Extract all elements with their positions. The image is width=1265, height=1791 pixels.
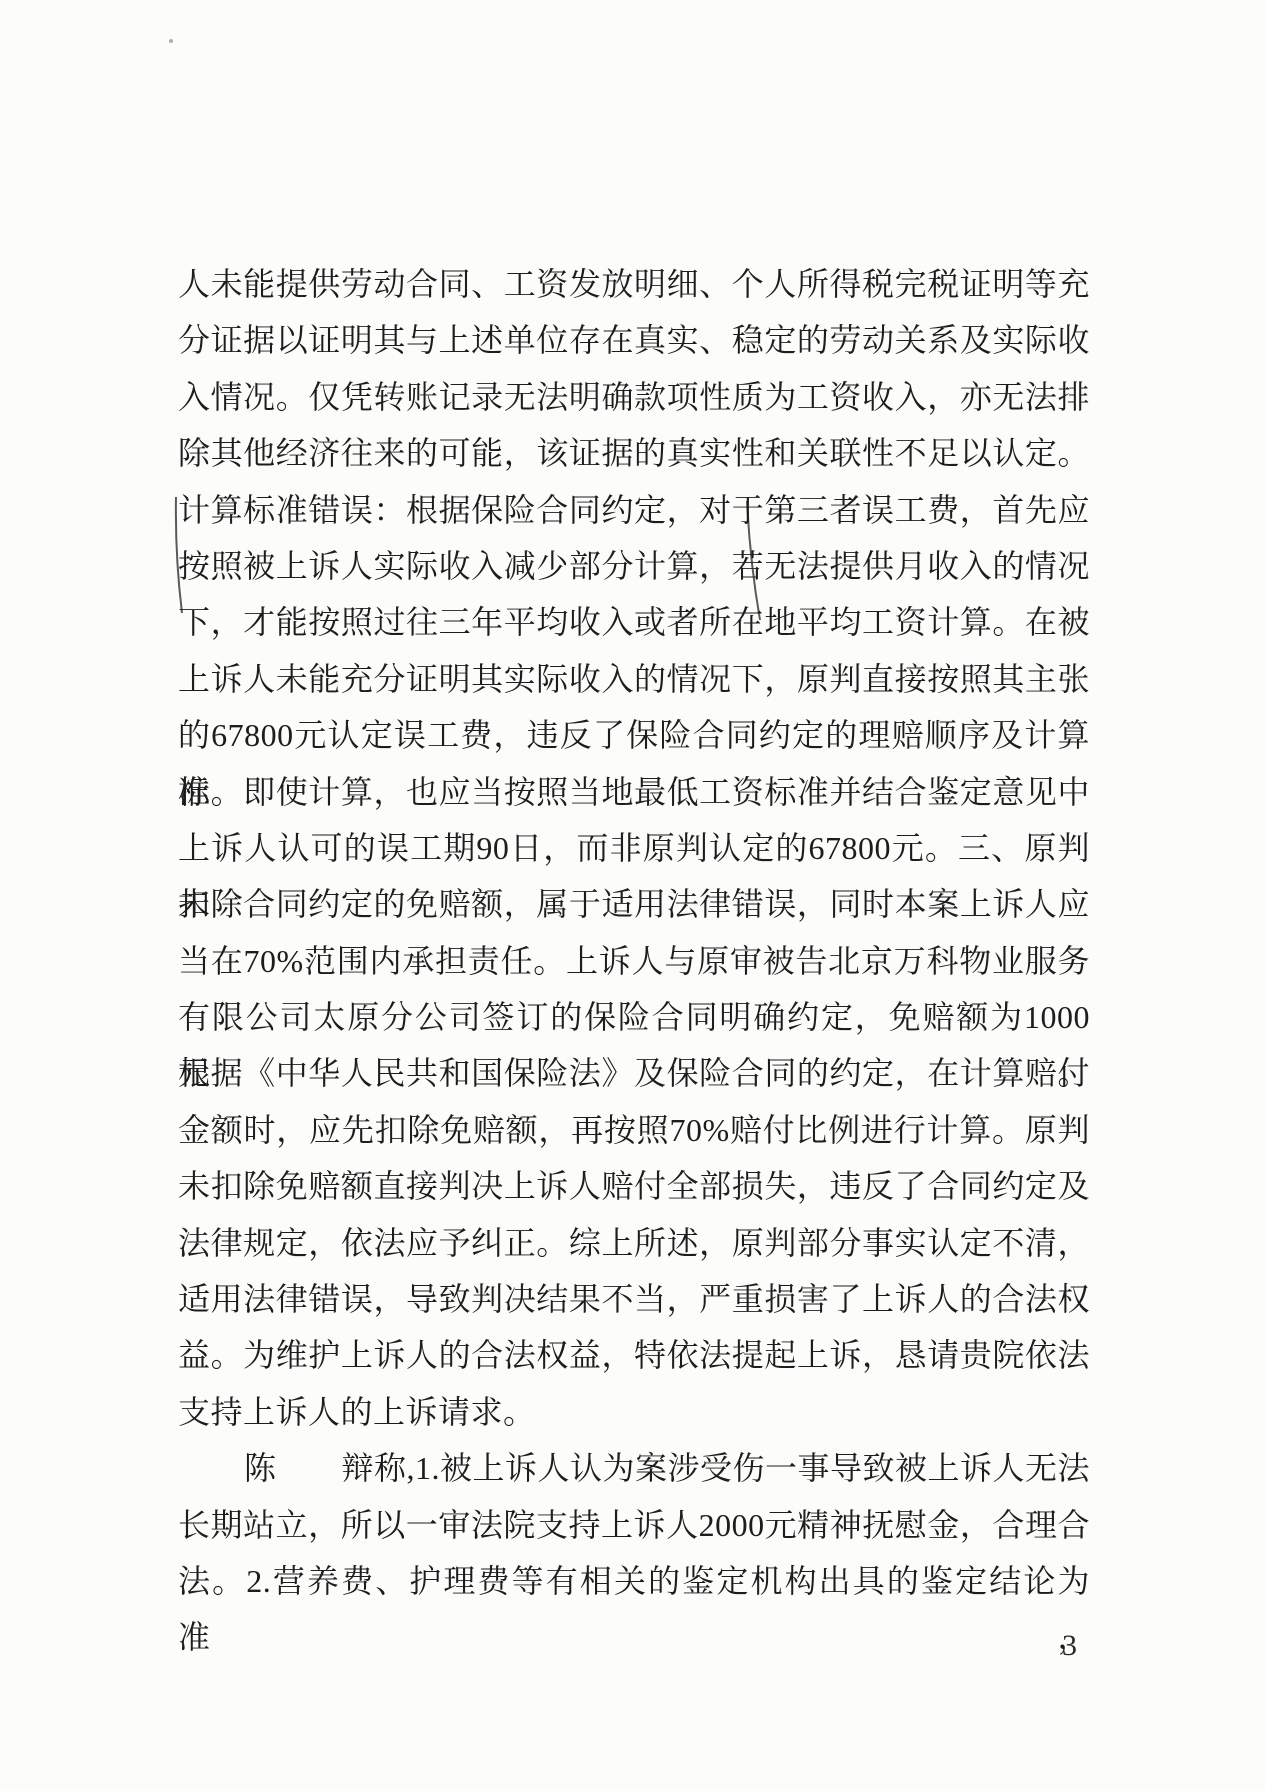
text-line: 入情况。仅凭转账记录无法明确款项性质为工资收入，亦无法排 <box>178 369 1090 425</box>
text-line: 支持上诉人的上诉请求。 <box>178 1384 1090 1440</box>
document-text: 人未能提供劳动合同、工资发放明细、个人所得税完税证明等充 分证据以证明其与上述单… <box>178 256 1090 1609</box>
text-line: 适用法律错误，导致判决结果不当，严重损害了上诉人的合法权 <box>178 1271 1090 1327</box>
text-line: 未扣除免赔额直接判决上诉人赔付全部损失，违反了合同约定及 <box>178 1158 1090 1214</box>
scanned-document-page: 人未能提供劳动合同、工资发放明细、个人所得税完税证明等充 分证据以证明其与上述单… <box>0 0 1265 1791</box>
text-line: 金额时，应先扣除免赔额，再按照70%赔付比例进行计算。原判 <box>178 1102 1090 1158</box>
text-line: 按照被上诉人实际收入减少部分计算，若无法提供月收入的情况 <box>178 538 1090 594</box>
page-number: 3 <box>1062 1628 1077 1664</box>
text-line: 当在70%范围内承担责任。上诉人与原审被告北京万科物业服务 <box>178 933 1090 989</box>
text-line: 上诉人未能充分证明其实际收入的情况下，原判直接按照其主张 <box>178 651 1090 707</box>
text-line: 分证据以证明其与上述单位存在真实、稳定的劳动关系及实际收 <box>178 312 1090 368</box>
text-line: 有限公司太原分公司签订的保险合同明确约定，免赔额为1000元。 <box>178 989 1090 1045</box>
text-line: 法律规定，依法应予纠正。综上所述，原判部分事实认定不清， <box>178 1215 1090 1271</box>
text-line: 法。2.营养费、护理费等有相关的鉴定机构出具的鉴定结论为准， <box>178 1553 1090 1609</box>
text-line: 计算标准错误：根据保险合同约定，对于第三者误工费，首先应 <box>178 482 1090 538</box>
text-line: 准。即使计算，也应当按照当地最低工资标准并结合鉴定意见中 <box>178 764 1090 820</box>
text-line: 上诉人认可的误工期90日，而非原判认定的67800元。三、原判未 <box>178 820 1090 876</box>
text-line: 人未能提供劳动合同、工资发放明细、个人所得税完税证明等充 <box>178 256 1090 312</box>
text-line: 扣除合同约定的免赔额，属于适用法律错误，同时本案上诉人应 <box>178 876 1090 932</box>
text-line: 长期站立，所以一审法院支持上诉人2000元精神抚慰金，合理合 <box>178 1497 1090 1553</box>
ink-speck <box>169 39 173 43</box>
text-line: 根据《中华人民共和国保险法》及保险合同的约定，在计算赔付 <box>178 1045 1090 1101</box>
text-line: 益。为维护上诉人的合法权益，特依法提起上诉，恳请贵院依法 <box>178 1327 1090 1383</box>
text-line: 除其他经济往来的可能，该证据的真实性和关联性不足以认定。 <box>178 425 1090 481</box>
text-line-paragraph-start: 陈 辩称,1.被上诉人认为案涉受伤一事导致被上诉人无法 <box>178 1440 1090 1496</box>
text-line: 下，才能按照过往三年平均收入或者所在地平均工资计算。在被 <box>178 594 1090 650</box>
text-line: 的67800元认定误工费，违反了保险合同约定的理赔顺序及计算标 <box>178 707 1090 763</box>
